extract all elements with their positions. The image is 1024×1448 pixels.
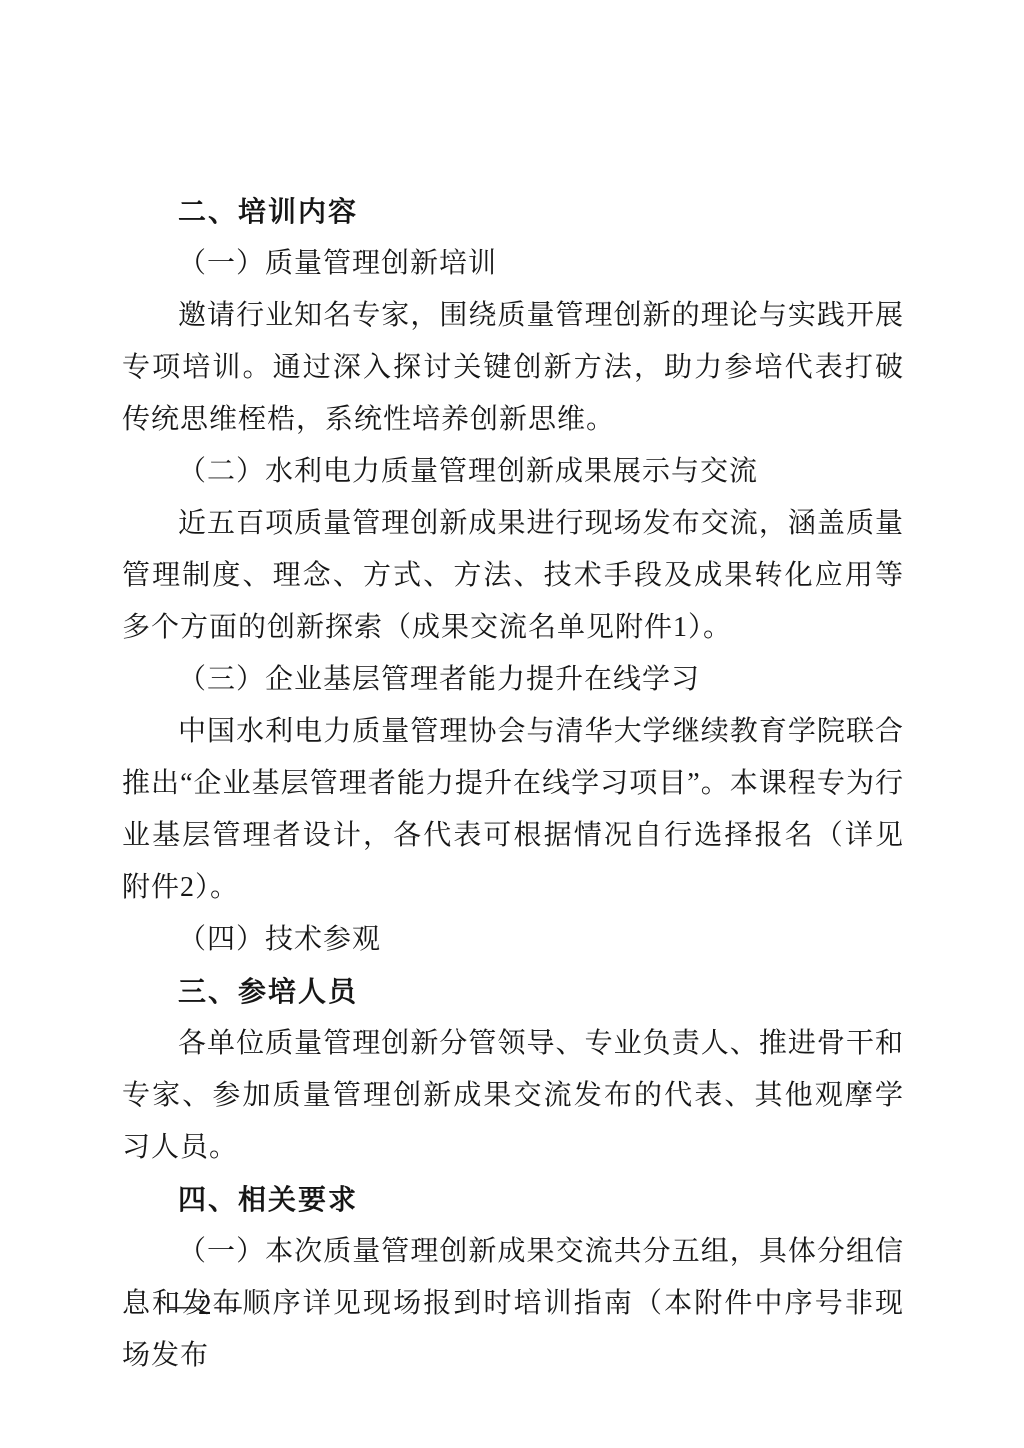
body-paragraph-participants: 各单位质量管理创新分管领导、专业负责人、推进骨干和专家、参加质量管理创新成果交流…: [122, 1018, 904, 1174]
subsection-heading-1: （一）质量管理创新培训: [122, 238, 904, 290]
subsection-heading-4: （四）技术参观: [122, 914, 904, 966]
document-body: 二、培训内容 （一）质量管理创新培训 邀请行业知名专家，围绕质量管理创新的理论与…: [122, 186, 904, 1382]
subsection-heading-2: （二）水利电力质量管理创新成果展示与交流: [122, 446, 904, 498]
body-paragraph-achievements: 近五百项质量管理创新成果进行现场发布交流，涵盖质量管理制度、理念、方式、方法、技…: [122, 498, 904, 654]
body-paragraph-online-learning: 中国水利电力质量管理协会与清华大学继续教育学院联合推出“企业基层管理者能力提升在…: [122, 706, 904, 914]
page-number: —2—: [168, 1290, 245, 1321]
section-heading-training-content: 二、培训内容: [122, 186, 904, 238]
section-heading-participants: 三、参培人员: [122, 966, 904, 1018]
section-heading-requirements: 四、相关要求: [122, 1174, 904, 1226]
body-paragraph-training: 邀请行业知名专家，围绕质量管理创新的理论与实践开展专项培训。通过深入探讨关键创新…: [122, 290, 904, 446]
document-page: 二、培训内容 （一）质量管理创新培训 邀请行业知名专家，围绕质量管理创新的理论与…: [0, 0, 1024, 1448]
subsection-heading-3: （三）企业基层管理者能力提升在线学习: [122, 654, 904, 706]
